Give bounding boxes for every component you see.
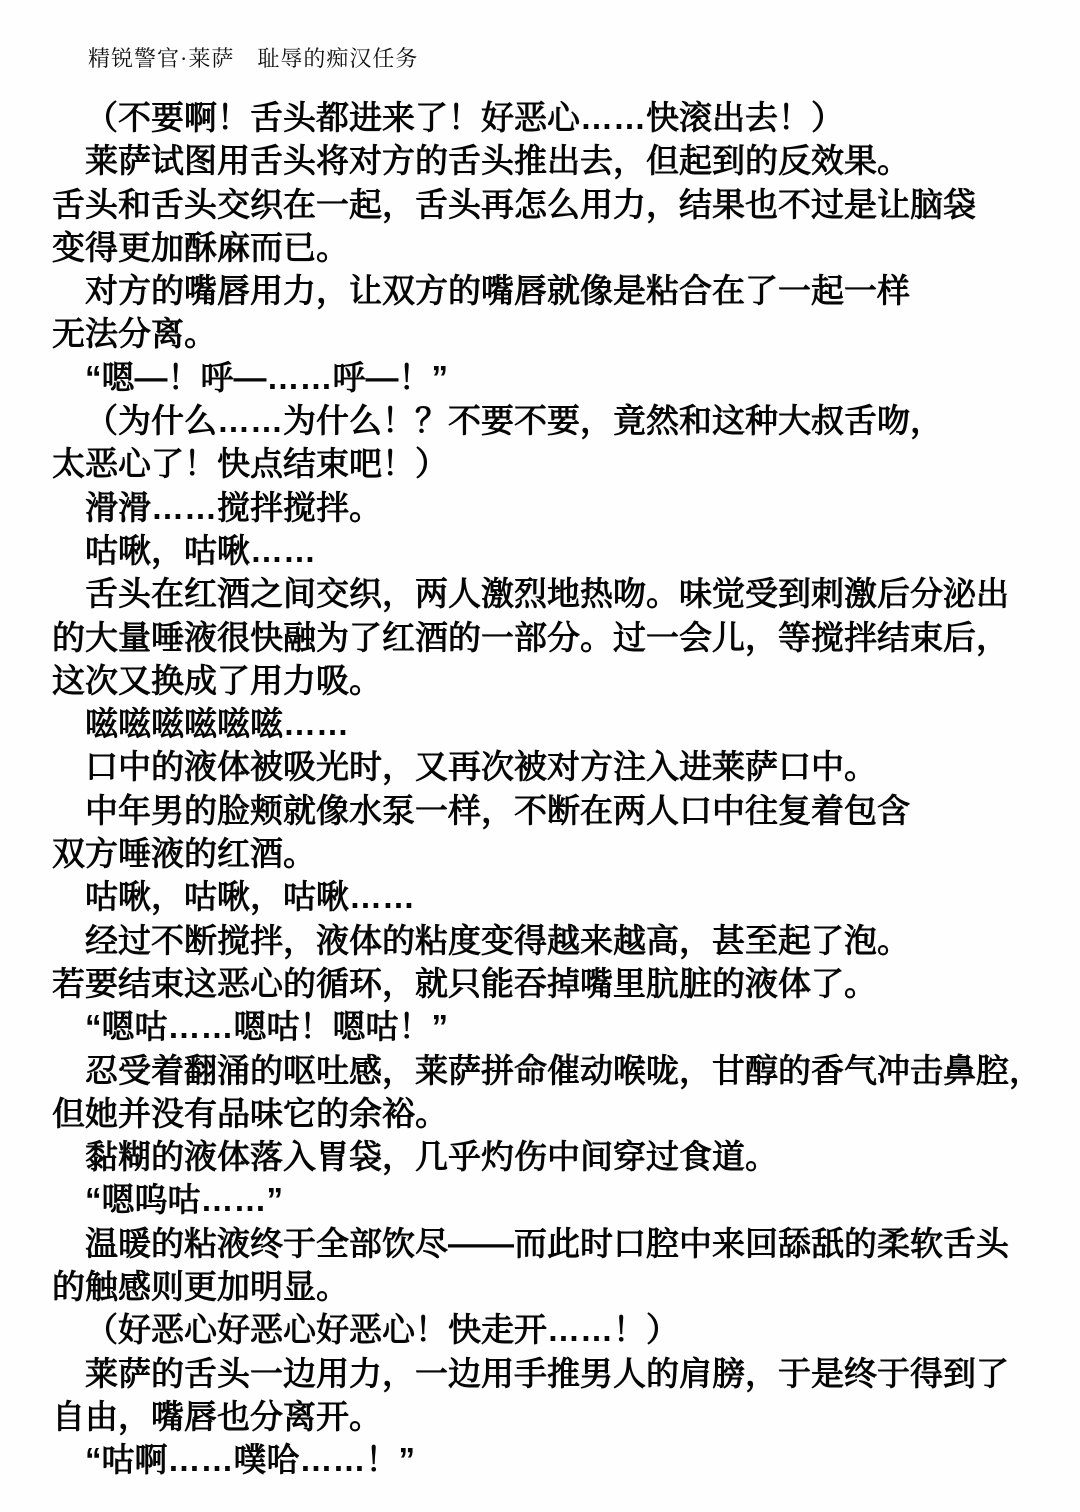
text-line: “嗯—！呼—……呼—！” [52, 356, 1068, 399]
text-line: （不要啊！舌头都进来了！好恶心……快滚出去！） [52, 96, 1068, 139]
text-line: 黏糊的液体落入胃袋，几乎灼伤中间穿过食道。 [52, 1135, 1068, 1178]
text-line: 忍受着翻涌的呕吐感，莱萨拼命催动喉咙，甘醇的香气冲击鼻腔， [52, 1049, 1068, 1092]
text-line: 经过不断搅拌，液体的粘度变得越来越高，甚至起了泡。 [52, 919, 1068, 962]
text-line: 双方唾液的红酒。 [52, 832, 1068, 875]
text-line: 对方的嘴唇用力，让双方的嘴唇就像是粘合在了一起一样 [52, 269, 1068, 312]
text-line: 舌头和舌头交织在一起，舌头再怎么用力，结果也不过是让脑袋 [52, 183, 1068, 226]
text-line: 莱萨的舌头一边用力，一边用手推男人的肩膀，于是终于得到了 [52, 1352, 1068, 1395]
text-line: 嗞嗞嗞嗞嗞嗞…… [52, 702, 1068, 745]
text-line: “嗯呜咕……” [52, 1178, 1068, 1221]
text-line: 的大量唾液很快融为了红酒的一部分。过一会儿，等搅拌结束后， [52, 616, 1068, 659]
text-line: 的触感则更加明显。 [52, 1265, 1068, 1308]
text-line: 若要结束这恶心的循环，就只能吞掉嘴里肮脏的液体了。 [52, 962, 1068, 1005]
text-line: （为什么……为什么！？不要不要，竟然和这种大叔舌吻， [52, 399, 1068, 442]
text-line: 口中的液体被吸光时，又再次被对方注入进莱萨口中。 [52, 745, 1068, 788]
text-line: 这次又换成了用力吸。 [52, 659, 1068, 702]
text-line: 太恶心了！快点结束吧！） [52, 442, 1068, 485]
text-line: 温暖的粘液终于全部饮尽——而此时口腔中来回舔舐的柔软舌头 [52, 1222, 1068, 1265]
text-line: 自由，嘴唇也分离开。 [52, 1395, 1068, 1438]
text-line: 舌头在红酒之间交织，两人激烈地热吻。味觉受到刺激后分泌出 [52, 572, 1068, 615]
text-line: 但她并没有品味它的余裕。 [52, 1092, 1068, 1135]
text-line: （好恶心好恶心好恶心！快走开……！） [52, 1308, 1068, 1351]
text-line: 咕啾，咕啾…… [52, 529, 1068, 572]
text-line: 滑滑……搅拌搅拌。 [52, 486, 1068, 529]
text-line: “咕啊……噗哈……！” [52, 1438, 1068, 1481]
text-line: 无法分离。 [52, 312, 1068, 355]
text-line: 咕啾，咕啾，咕啾…… [52, 875, 1068, 918]
novel-page: 精锐警官·莱萨 耻辱的痴汉任务 （不要啊！舌头都进来了！好恶心……快滚出去！）莱… [0, 0, 1080, 1512]
running-header-title: 精锐警官·莱萨 耻辱的痴汉任务 [88, 42, 418, 73]
text-line: 中年男的脸颊就像水泵一样，不断在两人口中往复着包含 [52, 789, 1068, 832]
body-text: （不要啊！舌头都进来了！好恶心……快滚出去！）莱萨试图用舌头将对方的舌头推出去，… [52, 96, 1068, 1482]
text-line: 莱萨试图用舌头将对方的舌头推出去，但起到的反效果。 [52, 139, 1068, 182]
text-line: “嗯咕……嗯咕！嗯咕！” [52, 1005, 1068, 1048]
text-line: 变得更加酥麻而已。 [52, 226, 1068, 269]
